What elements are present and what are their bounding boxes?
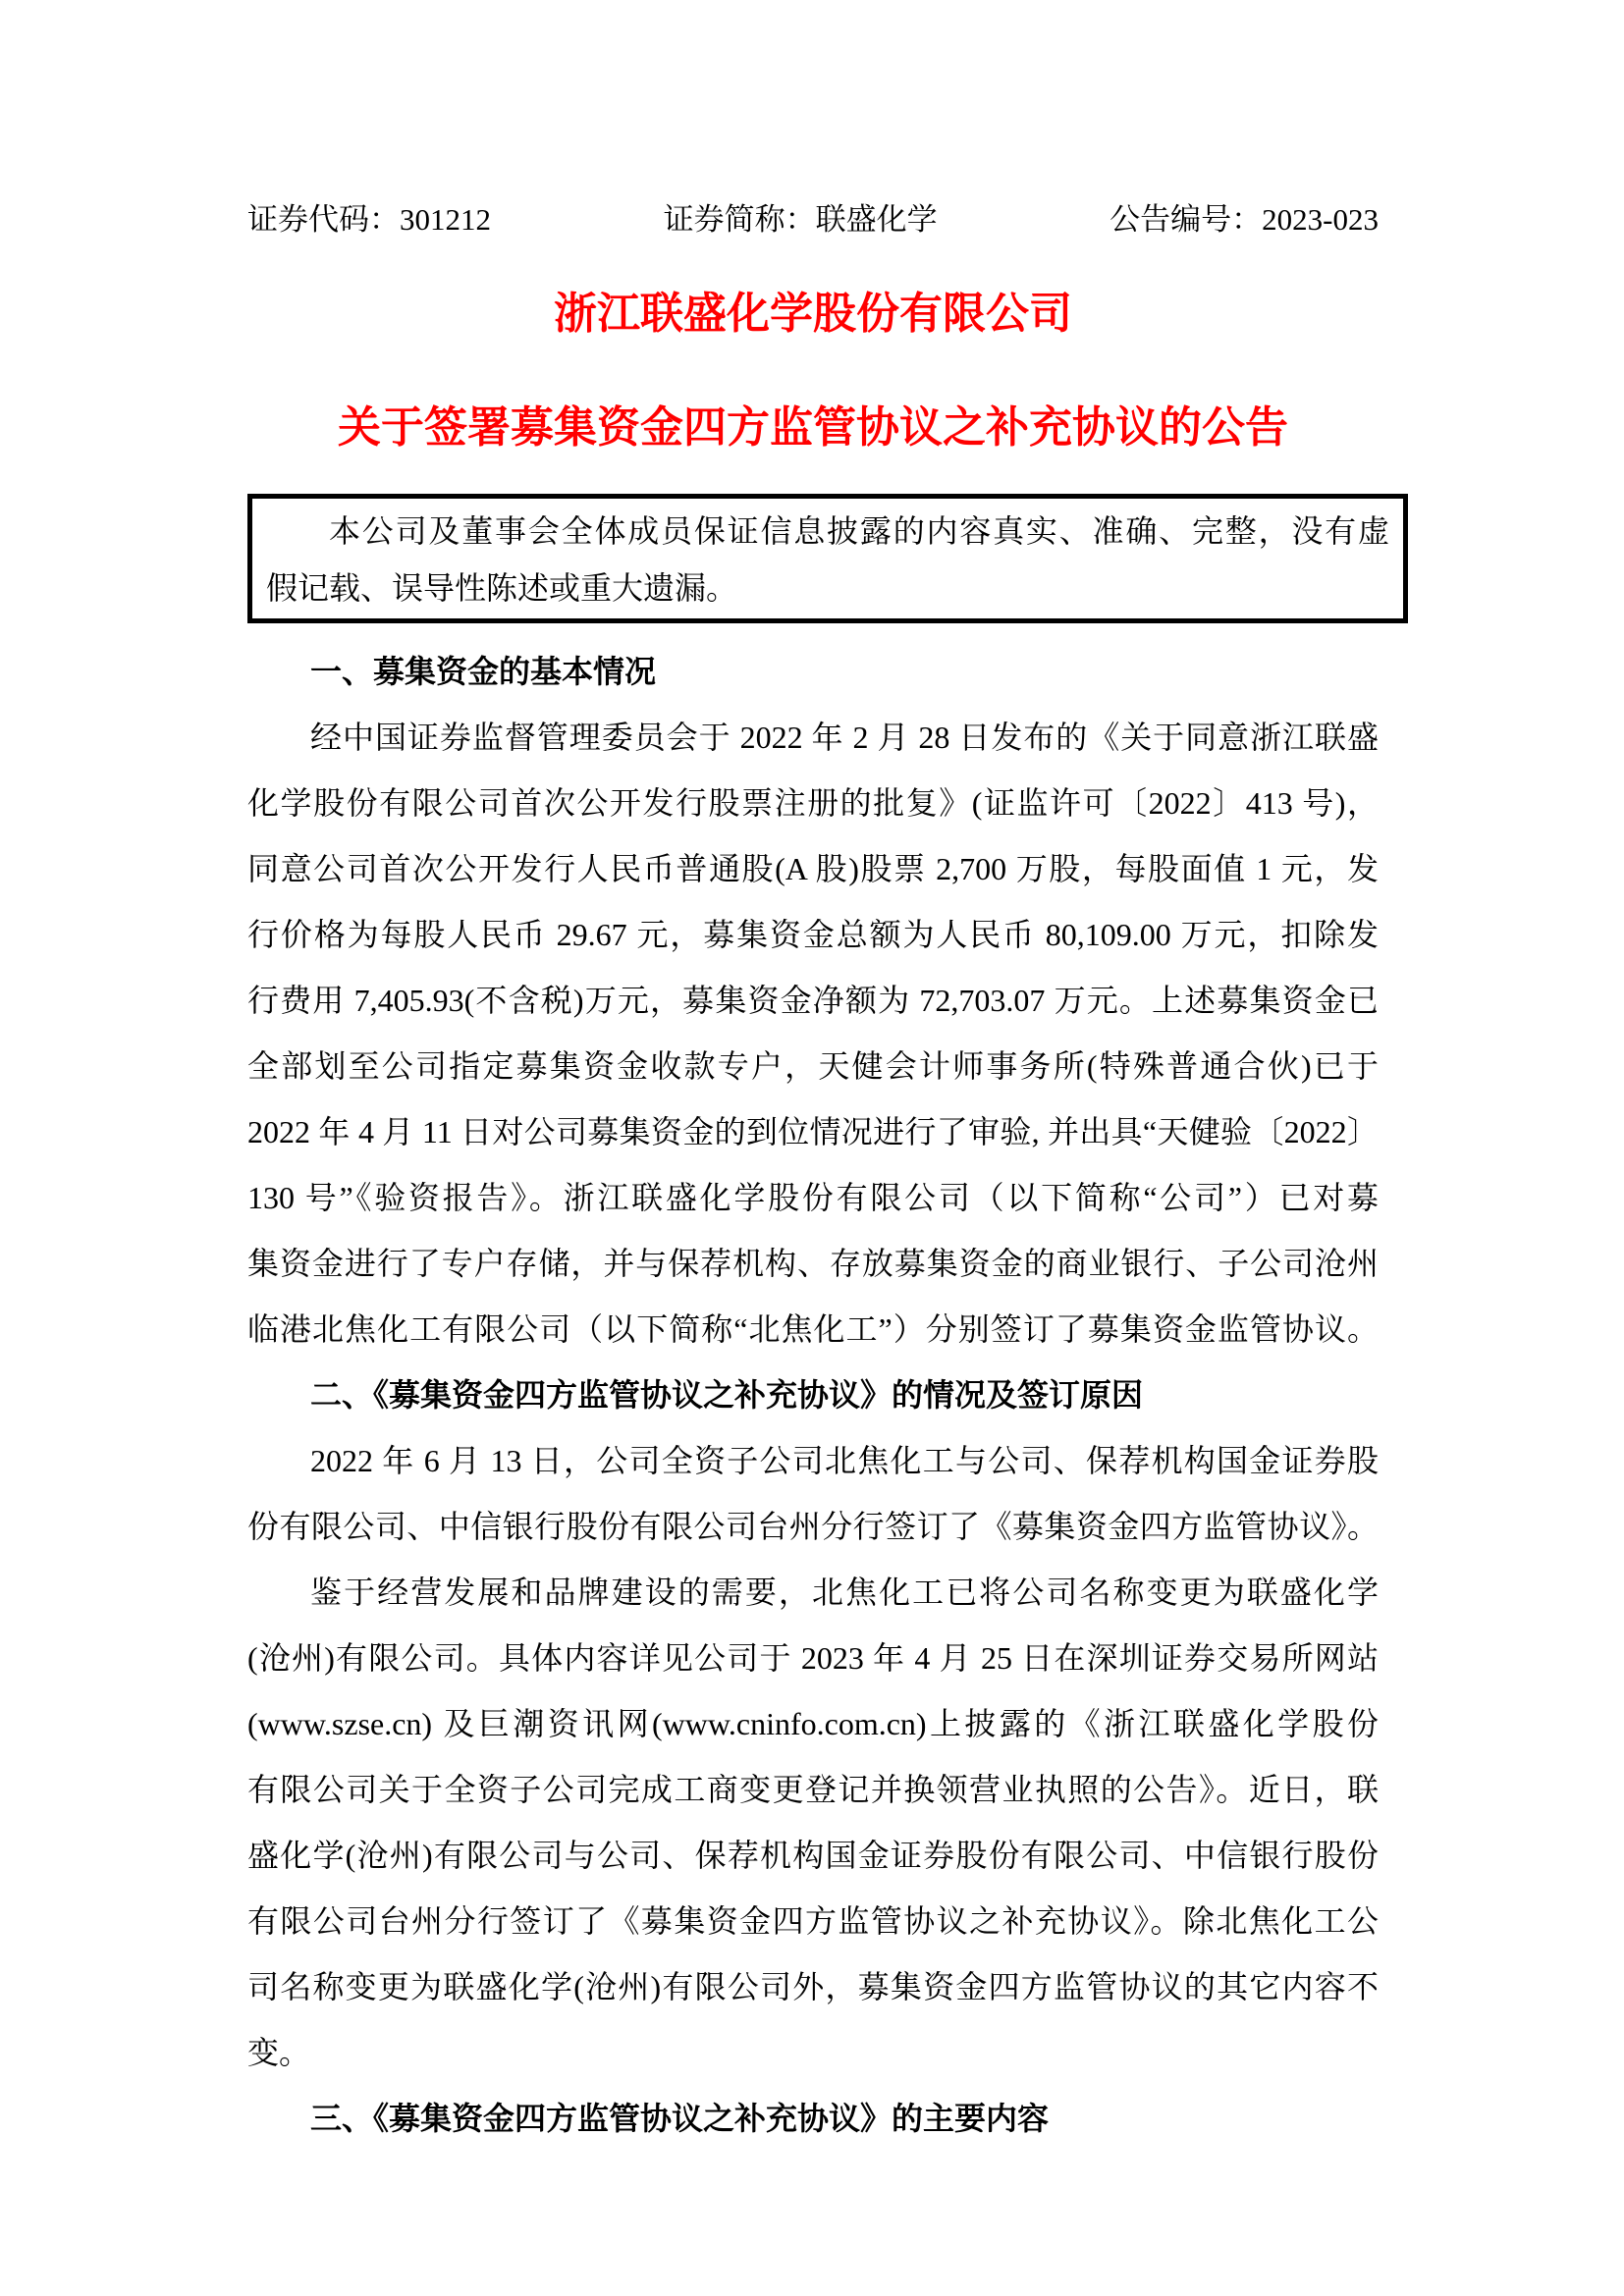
body-line: 临港北焦化工有限公司（以下简称“北焦化工”）分别签订了募集资金监管协议。 [247,1297,1379,1362]
section-heading: 一、募集资金的基本情况 [247,639,1379,705]
body-line: 130 号”《验资报告》。浙江联盛化学股份有限公司（以下简称“公司”）已对募 [247,1165,1379,1231]
disclaimer-box: 本公司及董事会全体成员保证信息披露的内容真实、准确、完整，没有虚假记载、误导性陈… [247,494,1408,623]
section-heading: 二、《募集资金四方监管协议之补充协议》的情况及签订原因 [247,1362,1379,1428]
section: 三、《募集资金四方监管协议之补充协议》的主要内容 [247,2086,1379,2152]
body-line: 行费用 7,405.93(不含税)万元，募集资金净额为 72,703.07 万元… [247,968,1379,1034]
paragraph: 鉴于经营发展和品牌建设的需要，北焦化工已将公司名称变更为联盛化学(沧州)有限公司… [247,1560,1379,2086]
body-line: (www.szse.cn) 及巨潮资讯网(www.cninfo.com.cn)上… [247,1691,1379,1757]
stock-code-text: 证券代码：301212 [247,199,491,240]
section-heading: 三、《募集资金四方监管协议之补充协议》的主要内容 [247,2086,1379,2152]
paragraph: 2022 年 6 月 13 日，公司全资子公司北焦化工与公司、保荐机构国金证券股… [247,1428,1379,1560]
body-line: 鉴于经营发展和品牌建设的需要，北焦化工已将公司名称变更为联盛化学 [247,1560,1379,1626]
section: 二、《募集资金四方监管协议之补充协议》的情况及签订原因2022 年 6 月 13… [247,1362,1379,2086]
company-title: 浙江联盛化学股份有限公司 [247,286,1379,343]
body-line: 司名称变更为联盛化学(沧州)有限公司外，募集资金四方监管协议的其它内容不 [247,1954,1379,2020]
body-line: 变。 [247,2020,1379,2086]
body-line: 盛化学(沧州)有限公司与公司、保荐机构国金证券股份有限公司、中信银行股份 [247,1823,1379,1889]
stock-abbr-text: 证券简称：联盛化学 [664,199,938,240]
body-line: 集资金进行了专户存储，并与保荐机构、存放募集资金的商业银行、子公司沧州 [247,1231,1379,1297]
section: 一、募集资金的基本情况经中国证券监督管理委员会于 2022 年 2 月 28 日… [247,639,1379,1362]
body-line: 化学股份有限公司首次公开发行股票注册的批复》(证监许可〔2022〕413 号)， [247,771,1379,836]
disclaimer-line: 本公司及董事会全体成员保证信息披露的内容真实、准确、完整，没有虚 [266,503,1389,560]
body-line: 2022 年 6 月 13 日，公司全资子公司北焦化工与公司、保荐机构国金证券股 [247,1428,1379,1494]
disclaimer-line: 假记载、误导性陈述或重大遗漏。 [266,560,1389,616]
announcement-page: 证券代码：301212 证券简称：联盛化学 公告编号：2023-023 浙江联盛… [0,0,1624,2296]
body-line: 有限公司台州分行签订了《募集资金四方监管协议之补充协议》。除北焦化工公 [247,1889,1379,1954]
paragraph: 经中国证券监督管理委员会于 2022 年 2 月 28 日发布的《关于同意浙江联… [247,705,1379,1362]
body-line: (沧州)有限公司。具体内容详见公司于 2023 年 4 月 25 日在深圳证券交… [247,1626,1379,1691]
body-line: 份有限公司、中信银行股份有限公司台州分行签订了《募集资金四方监管协议》。 [247,1494,1379,1560]
body-line: 2022 年 4 月 11 日对公司募集资金的到位情况进行了审验, 并出具“天健… [247,1099,1379,1165]
body-line: 行价格为每股人民币 29.67 元，募集资金总额为人民币 80,109.00 万… [247,902,1379,968]
body-line: 经中国证券监督管理委员会于 2022 年 2 月 28 日发布的《关于同意浙江联… [247,705,1379,771]
body-line: 同意公司首次公开发行人民币普通股(A 股)股票 2,700 万股，每股面值 1 … [247,836,1379,902]
announcement-no-text: 公告编号：2023-023 [1110,199,1379,240]
announcement-title: 关于签署募集资金四方监管协议之补充协议的公告 [247,400,1379,456]
document-header: 证券代码：301212 证券简称：联盛化学 公告编号：2023-023 [247,199,1379,240]
body-line: 有限公司关于全资子公司完成工商变更登记并换领营业执照的公告》。近日，联 [247,1757,1379,1823]
document-body: 一、募集资金的基本情况经中国证券监督管理委员会于 2022 年 2 月 28 日… [247,639,1379,2152]
body-line: 全部划至公司指定募集资金收款专户，天健会计师事务所(特殊普通合伙)已于 [247,1034,1379,1099]
